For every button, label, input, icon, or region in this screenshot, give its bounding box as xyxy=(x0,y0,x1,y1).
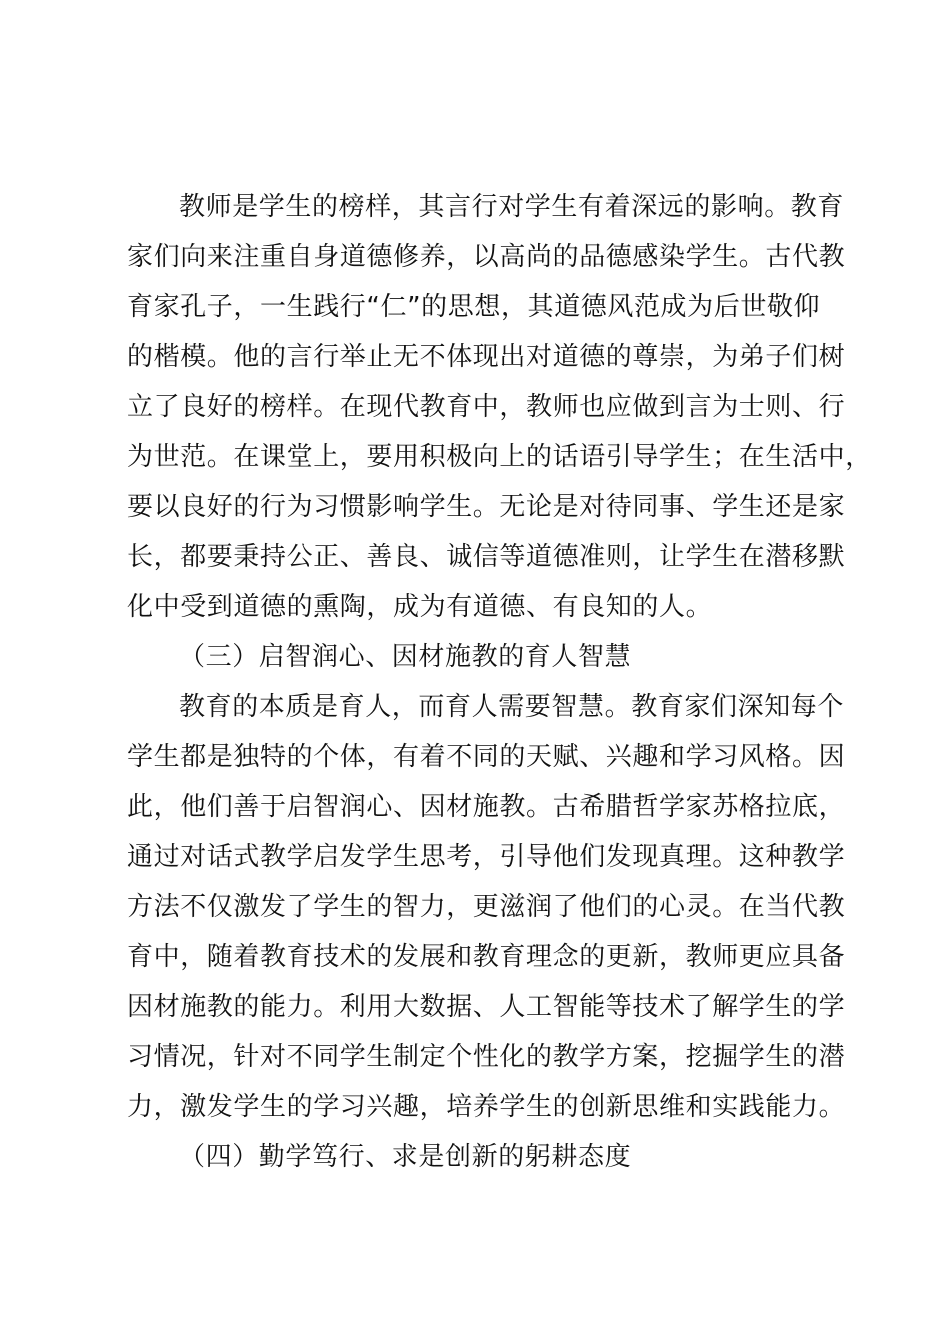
heading-line: （四）勤学笃行、求是创新的躬耕态度 xyxy=(127,1132,867,1182)
text-line: 长，都要秉持公正、善良、诚信等道德准则，让学生在潜移默 xyxy=(127,532,867,582)
document-page: 教师是学生的榜样，其言行对学生有着深远的影响。教育 家们向来注重自身道德修养，以… xyxy=(0,0,950,1344)
text-line: 学生都是独特的个体，有着不同的天赋、兴趣和学习风格。因 xyxy=(127,732,867,782)
text-line: 教师是学生的榜样，其言行对学生有着深远的影响。教育 xyxy=(127,182,867,232)
heading-line: （三）启智润心、因材施教的育人智慧 xyxy=(127,632,867,682)
section-heading-3: （三）启智润心、因材施教的育人智慧 xyxy=(127,632,867,682)
text-line: 因材施教的能力。利用大数据、人工智能等技术了解学生的学 xyxy=(127,982,867,1032)
text-line: 育中，随着教育技术的发展和教育理念的更新，教师更应具备 xyxy=(127,932,867,982)
document-body: 教师是学生的榜样，其言行对学生有着深远的影响。教育 家们向来注重自身道德修养，以… xyxy=(127,182,867,1182)
text-line: 方法不仅激发了学生的智力，更滋润了他们的心灵。在当代教 xyxy=(127,882,867,932)
paragraph-teacher-role-model: 教师是学生的榜样，其言行对学生有着深远的影响。教育 家们向来注重自身道德修养，以… xyxy=(127,182,867,632)
text-line: 立了良好的榜样。在现代教育中，教师也应做到言为士则、行 xyxy=(127,382,867,432)
text-line: 习情况，针对不同学生制定个性化的教学方案，挖掘学生的潜 xyxy=(127,1032,867,1082)
text-line: 要以良好的行为习惯影响学生。无论是对待同事、学生还是家 xyxy=(127,482,867,532)
text-line: 育家孔子，一生践行“仁”的思想，其道德风范成为后世敬仰 xyxy=(127,282,867,332)
section-heading-4: （四）勤学笃行、求是创新的躬耕态度 xyxy=(127,1132,867,1182)
text-line: 的楷模。他的言行举止无不体现出对道德的尊崇，为弟子们树 xyxy=(127,332,867,382)
text-line: 力，激发学生的学习兴趣，培养学生的创新思维和实践能力。 xyxy=(127,1082,867,1132)
text-line: 家们向来注重自身道德修养，以高尚的品德感染学生。古代教 xyxy=(127,232,867,282)
text-line: 此，他们善于启智润心、因材施教。古希腊哲学家苏格拉底， xyxy=(127,782,867,832)
paragraph-wisdom-education: 教育的本质是育人，而育人需要智慧。教育家们深知每个 学生都是独特的个体，有着不同… xyxy=(127,682,867,1132)
text-line: 教育的本质是育人，而育人需要智慧。教育家们深知每个 xyxy=(127,682,867,732)
text-line: 为世范。在课堂上，要用积极向上的话语引导学生；在生活中， xyxy=(127,432,867,482)
text-line: 通过对话式教学启发学生思考，引导他们发现真理。这种教学 xyxy=(127,832,867,882)
text-line: 化中受到道德的熏陶，成为有道德、有良知的人。 xyxy=(127,582,867,632)
